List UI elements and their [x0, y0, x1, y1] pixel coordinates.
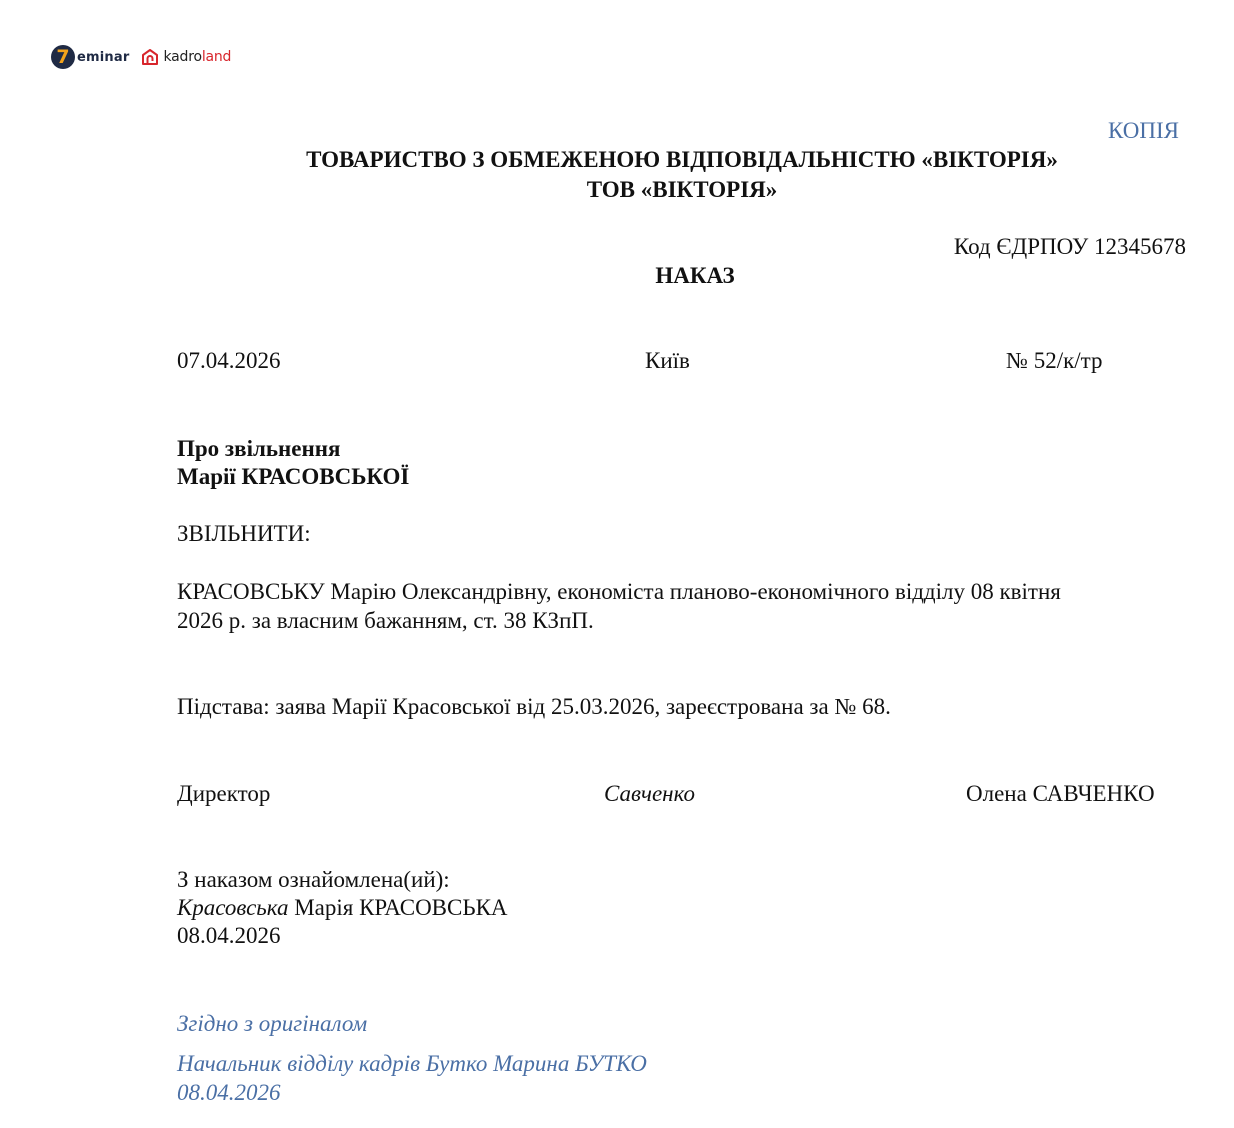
seminar-logo: 7 eminar — [51, 45, 129, 69]
edrpou-code: Код ЄДРПОУ 12345678 — [954, 234, 1186, 260]
order-date: 07.04.2026 — [177, 348, 281, 374]
kadroland-logo-dark: kadro — [163, 49, 201, 65]
org-short-name: ТОВ «ВІКТОРІЯ» — [0, 177, 1234, 203]
certification-line-1: Згідно з оригіналом — [177, 1011, 367, 1037]
order-number: № 52/к/тр — [1006, 348, 1102, 374]
seminar-logo-digit: 7 — [51, 45, 75, 69]
subject-line-2: Марії КРАСОВСЬКОЇ — [177, 464, 409, 490]
document-title: НАКАЗ — [0, 263, 1234, 289]
house-icon — [141, 48, 159, 66]
acknowledged-signature: Красовська — [177, 895, 288, 920]
acknowledged-name: Марія КРАСОВСЬКА — [294, 895, 507, 920]
kadroland-logo-accent: land — [202, 49, 231, 65]
signer-signature: Савченко — [604, 781, 695, 807]
subject-line-1: Про звільнення — [177, 436, 340, 462]
body-line-1: КРАСОВСЬКУ Марію Олександрівну, економіс… — [177, 579, 1061, 605]
action-heading: ЗВІЛЬНИТИ: — [177, 521, 311, 547]
org-full-name: ТОВАРИСТВО З ОБМЕЖЕНОЮ ВІДПОВІДАЛЬНІСТЮ … — [0, 147, 1234, 173]
acknowledged-date: 08.04.2026 — [177, 923, 281, 949]
signer-position: Директор — [177, 781, 270, 807]
acknowledged-label: З наказом ознайомлена(ий): — [177, 867, 450, 893]
logos: 7 eminar kadroland — [51, 44, 231, 70]
signer-name: Олена САВЧЕНКО — [966, 781, 1155, 807]
kadroland-logo: kadroland — [141, 48, 231, 66]
seminar-logo-word: eminar — [77, 50, 129, 65]
copy-mark: КОПІЯ — [1108, 118, 1179, 144]
basis-text: Підстава: заява Марії Красовської від 25… — [177, 694, 891, 720]
certification-line-2: Начальник відділу кадрів Бутко Марина БУ… — [177, 1051, 647, 1077]
acknowledged-line: Красовська Марія КРАСОВСЬКА — [177, 895, 508, 921]
certification-date: 08.04.2026 — [177, 1080, 281, 1106]
order-city: Київ — [645, 348, 690, 374]
body-line-2: 2026 р. за власним бажанням, ст. 38 КЗпП… — [177, 608, 594, 634]
